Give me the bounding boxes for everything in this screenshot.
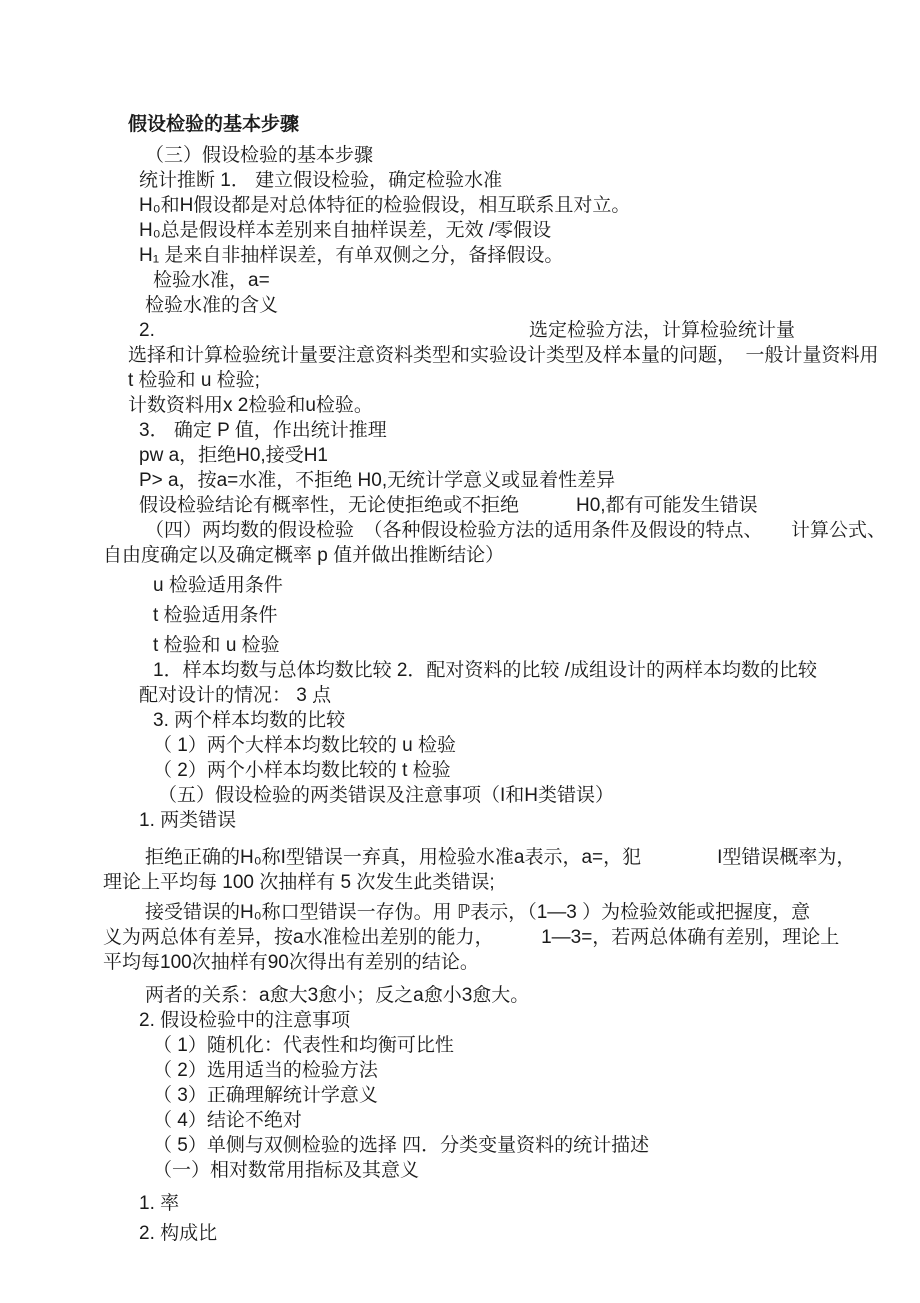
doc-line: 1. 两类错误	[103, 808, 795, 833]
doc-line: 接受错误的H₀称口型错误一存伪。用 ℙ表示，（1—3 ）为检验效能或把握度，意	[103, 900, 795, 925]
step-number: 2.	[139, 318, 155, 343]
section-heading: （四）两均数的假设检验 （各种假设检验方法的适用条件及假设的特点、 计算公式、	[103, 518, 795, 543]
doc-line: 2. 构成比	[103, 1221, 795, 1246]
doc-line: 假设检验结论有概率性，无论使拒绝或不拒绝 H0,都有可能发生错误	[103, 493, 795, 518]
doc-line: 配对设计的情况： 3 点	[103, 683, 795, 708]
doc-line: （ 2）选用适当的检验方法	[103, 1058, 795, 1083]
doc-line: 2. 假设检验中的注意事项	[103, 1008, 795, 1033]
page-title: 假设检验的基本步骤	[103, 112, 795, 137]
doc-line: 2. 选定检验方法，计算检验统计量	[103, 318, 795, 343]
doc-line: 选择和计算检验统计量要注意资料类型和实验设计类型及样本量的问题， 一般计量资料用	[103, 343, 795, 368]
doc-line: 自由度确定以及确定概率 p 值并做出推断结论）	[103, 543, 795, 568]
doc-line: u 检验适用条件	[103, 573, 795, 598]
doc-line: （ 5）单侧与双侧检验的选择 四．分类变量资料的统计描述	[103, 1133, 795, 1158]
doc-line: 检验水准，a=	[103, 268, 795, 293]
doc-line: （ 4）结论不绝对	[103, 1108, 795, 1133]
doc-line: 3． 确定 P 值，作出统计推理	[103, 418, 795, 443]
doc-line: 1. 率	[103, 1191, 795, 1216]
section-heading: （三）假设检验的基本步骤	[103, 143, 795, 168]
document-body: 假设检验的基本步骤 （三）假设检验的基本步骤 统计推断 1． 建立假设检验，确定…	[103, 112, 795, 1246]
step-text: 选定检验方法，计算检验统计量	[529, 318, 795, 343]
section-heading: （一）相对数常用指标及其意义	[103, 1158, 795, 1183]
doc-line: P> a，按a=水准，不拒绝 H0,无统计学意义或显着性差异	[103, 468, 795, 493]
doc-line: 统计推断 1． 建立假设检验，确定检验水准	[103, 168, 795, 193]
doc-line: 拒绝正确的H₀称I型错误一弃真，用检验水准a表示，a=，犯 I型错误概率为，	[103, 845, 795, 870]
doc-line: （ 3）正确理解统计学意义	[103, 1083, 795, 1108]
doc-line: （ 1）两个大样本均数比较的 u 检验	[103, 733, 795, 758]
doc-line: 计数资料用x 2检验和u检验。	[103, 393, 795, 418]
doc-line: pw a，拒绝H0,接受H1	[103, 443, 795, 468]
doc-line: （ 2）两个小样本均数比较的 t 检验	[103, 758, 795, 783]
doc-line: 检验水准的含义	[103, 293, 795, 318]
doc-line: t 检验和 u 检验;	[103, 368, 795, 393]
doc-line: （ 1）随机化：代表性和均衡可比性	[103, 1033, 795, 1058]
doc-line: H₀总是假设样本差别来自抽样误差，无效 /零假设	[103, 218, 795, 243]
doc-line: t 检验和 u 检验	[103, 633, 795, 658]
doc-line: H₁ 是来自非抽样误差，有单双侧之分，备择假设。	[103, 243, 795, 268]
doc-line: 两者的关系：a愈大3愈小；反之a愈小3愈大。	[103, 983, 795, 1008]
doc-line: 平均每100次抽样有90次得出有差别的结论。	[103, 950, 795, 975]
doc-line: t 检验适用条件	[103, 603, 795, 628]
section-heading: （五）假设检验的两类错误及注意事项（I和H类错误）	[103, 783, 795, 808]
doc-line: 理论上平均每 100 次抽样有 5 次发生此类错误;	[103, 870, 795, 895]
doc-line: 义为两总体有差异，按a水准检出差别的能力， 1—3=，若两总体确有差别，理论上	[103, 925, 795, 950]
doc-line: H₀和H假设都是对总体特征的检验假设，相互联系且对立。	[103, 193, 795, 218]
doc-line: 1．样本均数与总体均数比较 2．配对资料的比较 /成组设计的两样本均数的比较	[103, 658, 795, 683]
doc-line: 3. 两个样本均数的比较	[103, 708, 795, 733]
document-page: 假设检验的基本步骤 （三）假设检验的基本步骤 统计推断 1． 建立假设检验，确定…	[0, 0, 920, 1303]
